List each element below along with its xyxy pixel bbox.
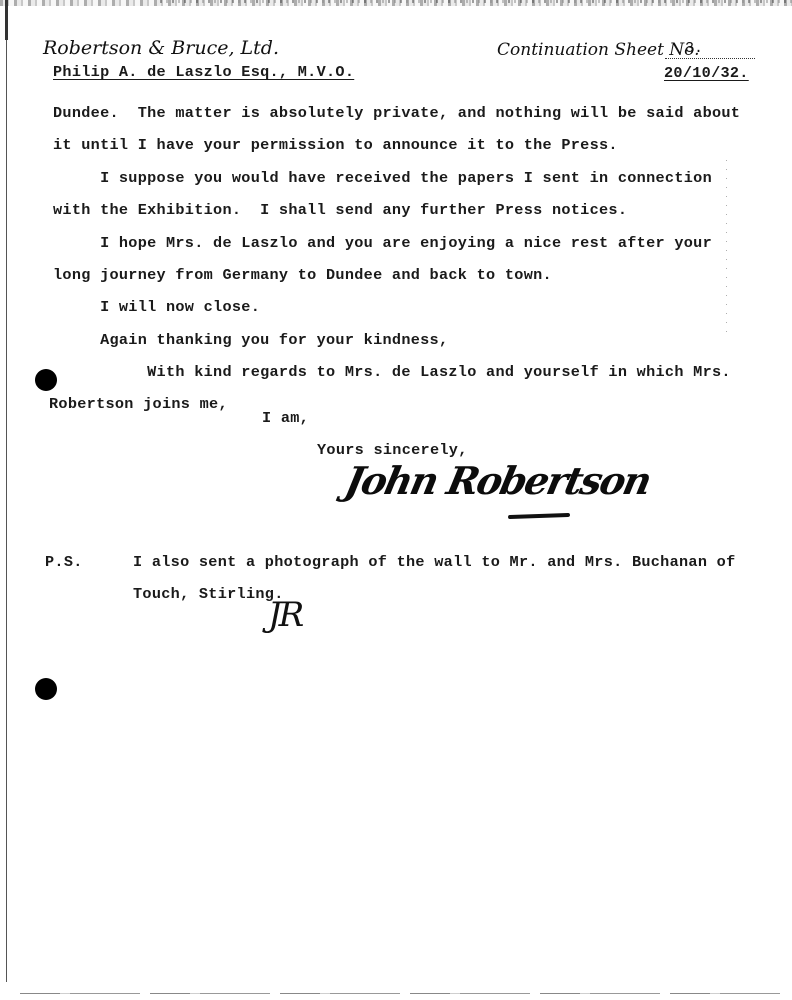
letter-date: 20/10/32. xyxy=(664,64,749,82)
body-line: I will now close. xyxy=(53,298,260,316)
letter-page: Robertson & Bruce, Ltd. Continuation She… xyxy=(0,0,792,1000)
ps-line: I also sent a photograph of the wall to … xyxy=(133,553,736,571)
body-line: I suppose you would have received the pa… xyxy=(53,169,712,187)
body-line: Again thanking you for your kindness, xyxy=(53,331,448,349)
sheet-number: 3. xyxy=(665,40,755,59)
body-line: With kind regards to Mrs. de Laszlo and … xyxy=(53,363,731,381)
body-line: long journey from Germany to Dundee and … xyxy=(53,266,552,284)
scan-artifact-top-2 xyxy=(160,0,792,3)
signature-flourish xyxy=(508,513,570,519)
punch-hole-icon xyxy=(35,678,57,700)
valediction: Yours sincerely, xyxy=(317,441,468,459)
page-edge-left xyxy=(6,2,7,982)
body-line: it until I have your permission to annou… xyxy=(53,136,618,154)
body-line: with the Exhibition. I shall send any fu… xyxy=(53,201,627,219)
body-line: Dundee. The matter is absolutely private… xyxy=(53,104,740,122)
scan-artifact-right-dots xyxy=(726,160,727,340)
initials-signature: JR xyxy=(268,595,301,635)
letterhead-company: Robertson & Bruce, Ltd. xyxy=(43,37,279,59)
page-edge-bottom xyxy=(20,993,780,994)
page-edge-left-top xyxy=(5,0,8,40)
body-line: Robertson joins me, xyxy=(49,395,228,413)
ps-label: P.S. xyxy=(45,553,83,571)
signature: John Robertson xyxy=(341,458,654,503)
addressee: Philip A. de Laszlo Esq., M.V.O. xyxy=(53,63,354,81)
ps-line: Touch, Stirling. xyxy=(133,585,284,603)
closing-i-am: I am, xyxy=(262,409,309,427)
body-line: I hope Mrs. de Laszlo and you are enjoyi… xyxy=(53,234,712,252)
